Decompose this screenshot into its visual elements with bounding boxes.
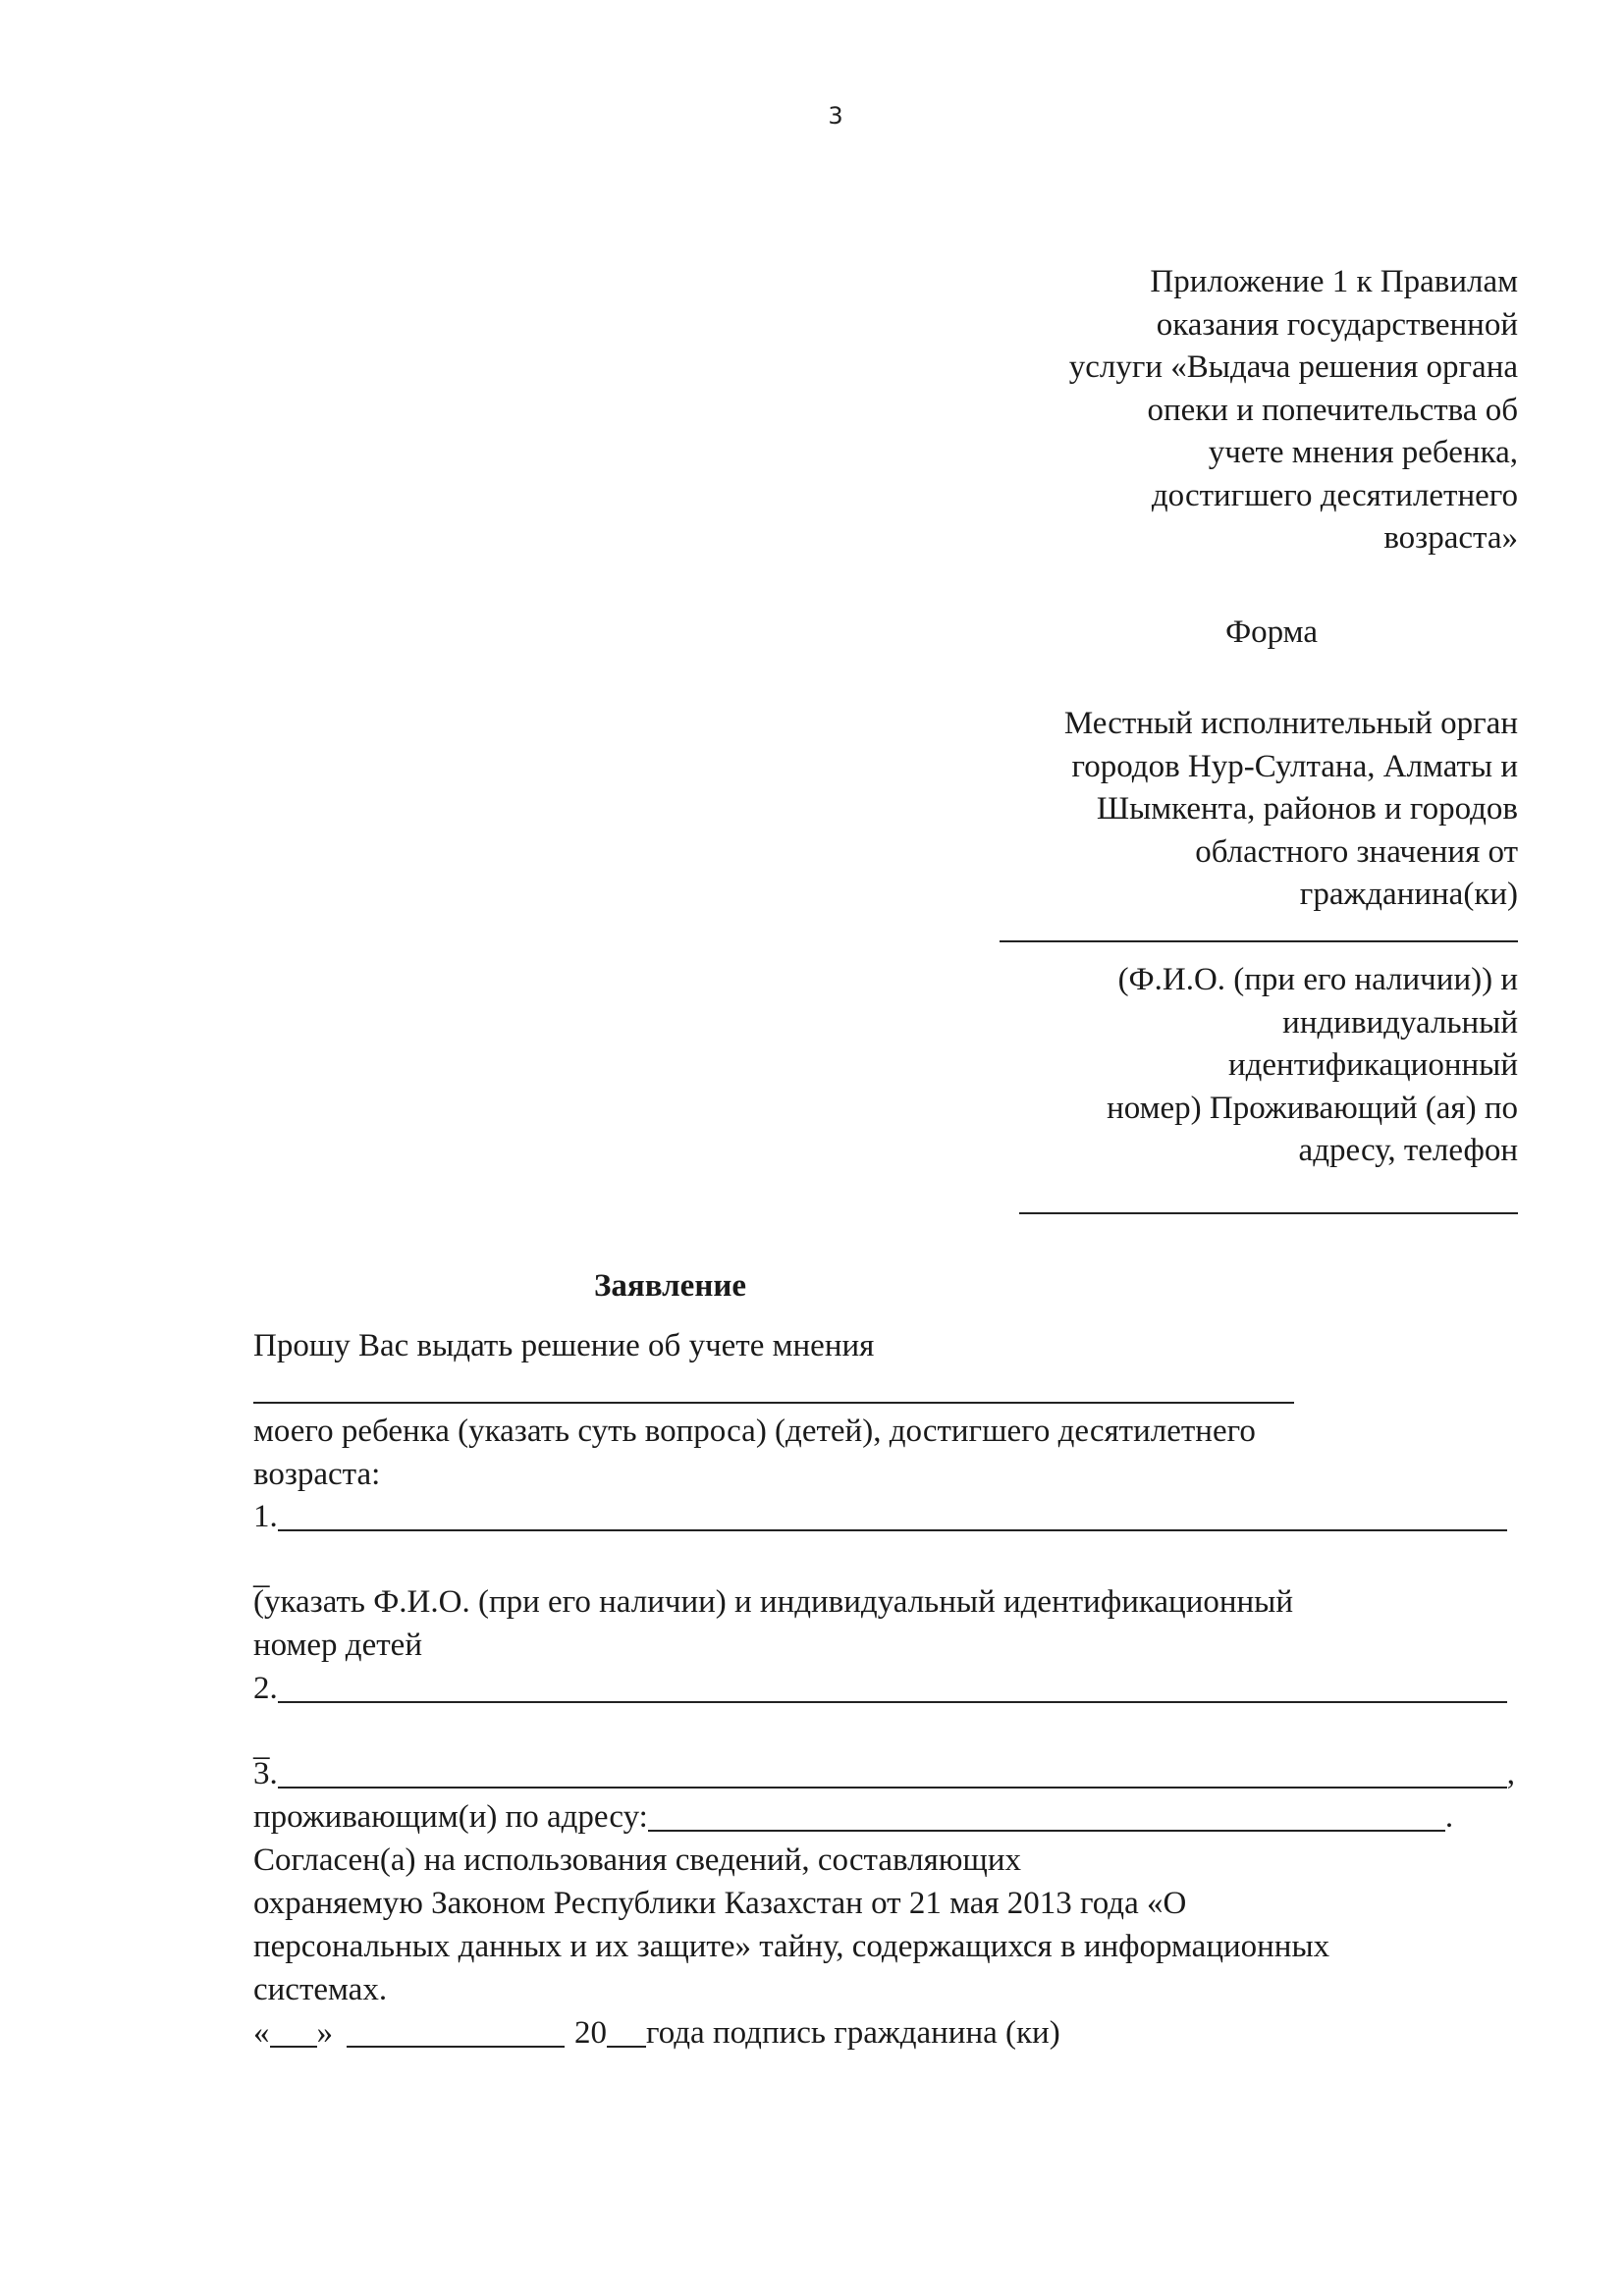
day-field[interactable] [270, 2016, 317, 2048]
appendix-line: Приложение 1 к Правилам [968, 261, 1518, 304]
appendix-line: оказания государственной [968, 304, 1518, 347]
addressee-line: индивидуальный [968, 1002, 1518, 1045]
child-1-field[interactable] [278, 1500, 1507, 1531]
close-quote: » [317, 2012, 334, 2056]
item-3-label: 3. [253, 1753, 278, 1796]
applicant-address-phone-field[interactable] [1019, 1212, 1518, 1214]
address-row: проживающим(и) по адресу: . [253, 1796, 1453, 1840]
signature-suffix: года подпись гражданина (ки) [646, 2012, 1060, 2056]
consent-line: Согласен(а) на использования сведений, с… [253, 1840, 1530, 1883]
applicant-name-field[interactable] [1000, 940, 1518, 942]
item-2-label: 2. [253, 1668, 278, 1711]
address-label: проживающим(и) по адресу: [253, 1796, 648, 1840]
appendix-line: услуги «Выдача решения органа [968, 347, 1518, 390]
page-number: 3 [0, 102, 1624, 130]
statement-title: Заявление [594, 1268, 746, 1305]
opinion-subject-field[interactable] [253, 1402, 1294, 1404]
child-2-field[interactable] [278, 1672, 1507, 1703]
address-end: . [1445, 1796, 1453, 1840]
appendix-header: Приложение 1 к Правилам оказания государ… [968, 261, 1518, 561]
addressee-line: гражданина(ки) [968, 874, 1518, 917]
hint-line-2: номер детей [253, 1625, 1530, 1668]
addressee-line: Шымкента, районов и городов [968, 788, 1518, 831]
consent-line: системах. [253, 1969, 1530, 2012]
year-prefix: 20 [574, 2012, 607, 2056]
addressee-block: Местный исполнительный орган городов Нур… [968, 703, 1518, 1215]
addressee-line: областного значения от [968, 831, 1518, 875]
child-3-field[interactable] [278, 1757, 1507, 1789]
addressee-line: идентификационный [968, 1044, 1518, 1088]
appendix-line: достигшего десятилетнего [968, 475, 1518, 518]
addressee-line: номер) Проживающий (ая) по [968, 1088, 1518, 1131]
month-field[interactable] [347, 2016, 565, 2048]
open-quote: « [253, 2012, 270, 2056]
consent-line: персональных данных и их защите» тайну, … [253, 1926, 1530, 1969]
appendix-line: возраста» [968, 517, 1518, 561]
statement-intro: Прошу Вас выдать решение об учете мнения [253, 1325, 1530, 1368]
signature-row: « » 20 года подпись гражданина (ки) [253, 2012, 1060, 2056]
child-3-row: 3. , [253, 1753, 1515, 1796]
child-1-row: 1. [253, 1496, 1507, 1539]
child-2-row: 2. [253, 1668, 1507, 1711]
addressee-line: Местный исполнительный орган [968, 703, 1518, 746]
year-field[interactable] [607, 2016, 646, 2048]
consent-line: охраняемую Законом Республики Казахстан … [253, 1883, 1530, 1926]
form-label: Форма [1225, 612, 1318, 655]
appendix-line: учете мнения ребенка, [968, 432, 1518, 475]
addressee-line: (Ф.И.О. (при его наличии)) и [968, 959, 1518, 1002]
appendix-line: опеки и попечительства об [968, 390, 1518, 433]
residence-address-field[interactable] [648, 1800, 1445, 1832]
child-line-2: возраста: [253, 1454, 1530, 1497]
item-1-label: 1. [253, 1496, 278, 1539]
addressee-line: адресу, телефон [968, 1130, 1518, 1173]
item-3-end: , [1507, 1753, 1515, 1796]
child-line-1: моего ребенка (указать суть вопроса) (де… [253, 1411, 1530, 1454]
hint-line-1: (указать Ф.И.О. (при его наличии) и инди… [253, 1581, 1530, 1625]
addressee-line: городов Нур-Султана, Алматы и [968, 746, 1518, 789]
